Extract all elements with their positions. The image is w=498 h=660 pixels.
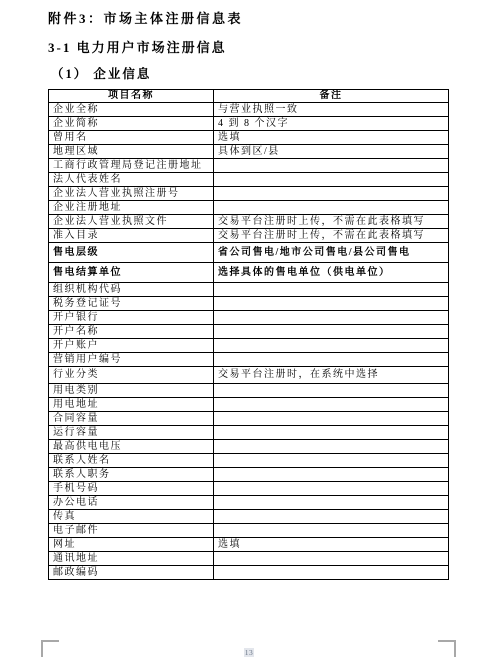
table-row: 税务登记证号	[49, 297, 449, 311]
remark-cell	[214, 398, 449, 412]
item-name-cell: 开户账户	[49, 339, 214, 353]
remark-cell	[214, 468, 449, 482]
remark-cell	[214, 482, 449, 496]
table-row: 企业法人营业执照文件交易平台注册时上传，不需在此表格填写	[49, 215, 449, 229]
remark-cell	[214, 566, 449, 580]
item-name-cell: 税务登记证号	[49, 297, 214, 311]
remark-cell: 交易平台注册时上传，不需在此表格填写	[214, 229, 449, 243]
remark-cell	[214, 552, 449, 566]
registration-info-table: 项目名称 备注 企业全称与营业执照一致企业简称4 到 8 个汉字曾用名选填地理区…	[48, 89, 449, 580]
remark-cell	[214, 297, 449, 311]
remark-cell	[214, 426, 449, 440]
item-name-cell: 最高供电电压	[49, 440, 214, 454]
remark-cell	[214, 283, 449, 297]
table-row: 联系人姓名	[49, 454, 449, 468]
item-name-cell: 开户名称	[49, 325, 214, 339]
remark-cell	[214, 496, 449, 510]
document-page: 附件3：市场主体注册信息表 3-1 电力用户市场注册信息 （1） 企业信息 项目…	[0, 0, 498, 660]
table-row: 企业简称4 到 8 个汉字	[49, 117, 449, 131]
table-row: 售电结算单位选择具体的售电单位（供电单位）	[49, 263, 449, 283]
item-name-cell: 用电类别	[49, 384, 214, 398]
remark-cell	[214, 325, 449, 339]
item-name-cell: 工商行政管理局登记注册地址	[49, 159, 214, 173]
item-name-header: 项目名称	[49, 90, 214, 103]
table-row: 曾用名选填	[49, 131, 449, 145]
remark-cell	[214, 159, 449, 173]
item-name-cell: 开户银行	[49, 311, 214, 325]
table-row: 合同容量	[49, 412, 449, 426]
item-name-cell: 法人代表姓名	[49, 173, 214, 187]
table-row: 组织机构代码	[49, 283, 449, 297]
remark-cell	[214, 353, 449, 367]
item-name-cell: 企业法人营业执照文件	[49, 215, 214, 229]
remark-cell	[214, 454, 449, 468]
table-row: 企业全称与营业执照一致	[49, 103, 449, 117]
remark-cell	[214, 384, 449, 398]
table-row: 联系人职务	[49, 468, 449, 482]
item-name-cell: 网址	[49, 538, 214, 552]
item-name-cell: 售电结算单位	[49, 263, 214, 283]
document-subtitle: 3-1 电力用户市场注册信息	[48, 37, 227, 56]
remark-cell	[214, 311, 449, 325]
remark-cell: 交易平台注册时，在系统中选择	[214, 367, 449, 384]
table-row: 手机号码	[49, 482, 449, 496]
footer: 13	[0, 642, 498, 660]
item-name-cell: 企业注册地址	[49, 201, 214, 215]
table-row: 地理区域具体到区/县	[49, 145, 449, 159]
item-name-cell: 售电层级	[49, 243, 214, 263]
remark-cell: 选择具体的售电单位（供电单位）	[214, 263, 449, 283]
table-row: 通讯地址	[49, 552, 449, 566]
table-row: 企业注册地址	[49, 201, 449, 215]
remark-cell: 省公司售电/地市公司售电/县公司售电	[214, 243, 449, 263]
item-name-cell: 通讯地址	[49, 552, 214, 566]
item-name-cell: 地理区域	[49, 145, 214, 159]
item-name-cell: 手机号码	[49, 482, 214, 496]
item-name-cell: 联系人姓名	[49, 454, 214, 468]
item-name-cell: 企业简称	[49, 117, 214, 131]
item-name-cell: 办公电话	[49, 496, 214, 510]
remark-cell	[214, 510, 449, 524]
remark-cell: 交易平台注册时上传，不需在此表格填写	[214, 215, 449, 229]
document-title: 附件3：市场主体注册信息表	[48, 8, 243, 27]
table-row: 办公电话	[49, 496, 449, 510]
table-header-row: 项目名称 备注	[49, 90, 449, 103]
table-row: 售电层级省公司售电/地市公司售电/县公司售电	[49, 243, 449, 263]
table-row: 开户银行	[49, 311, 449, 325]
remark-cell	[214, 187, 449, 201]
remark-cell	[214, 524, 449, 538]
remark-cell: 具体到区/县	[214, 145, 449, 159]
item-name-cell: 邮政编码	[49, 566, 214, 580]
item-name-cell: 曾用名	[49, 131, 214, 145]
table-row: 传真	[49, 510, 449, 524]
item-name-cell: 电子邮件	[49, 524, 214, 538]
item-name-cell: 用电地址	[49, 398, 214, 412]
item-name-cell: 企业全称	[49, 103, 214, 117]
table-row: 运行容量	[49, 426, 449, 440]
remark-cell: 选填	[214, 131, 449, 145]
item-name-cell: 组织机构代码	[49, 283, 214, 297]
item-name-cell: 运行容量	[49, 426, 214, 440]
item-name-cell: 行业分类	[49, 367, 214, 384]
table-row: 最高供电电压	[49, 440, 449, 454]
table-row: 邮政编码	[49, 566, 449, 580]
remark-cell: 与营业执照一致	[214, 103, 449, 117]
remark-cell: 选填	[214, 538, 449, 552]
item-name-cell: 联系人职务	[49, 468, 214, 482]
item-name-cell: 营销用户编号	[49, 353, 214, 367]
info-table-body: 企业全称与营业执照一致企业简称4 到 8 个汉字曾用名选填地理区域具体到区/县工…	[49, 103, 449, 580]
table-row: 行业分类交易平台注册时，在系统中选择	[49, 367, 449, 384]
remark-cell	[214, 440, 449, 454]
table-row: 开户名称	[49, 325, 449, 339]
table-row: 准入目录交易平台注册时上传，不需在此表格填写	[49, 229, 449, 243]
remark-cell	[214, 201, 449, 215]
table-row: 工商行政管理局登记注册地址	[49, 159, 449, 173]
item-name-cell: 合同容量	[49, 412, 214, 426]
page-number: 13	[244, 648, 255, 657]
table-row: 用电地址	[49, 398, 449, 412]
remark-cell	[214, 173, 449, 187]
table-row: 营销用户编号	[49, 353, 449, 367]
table-row: 企业法人营业执照注册号	[49, 187, 449, 201]
table-row: 开户账户	[49, 339, 449, 353]
remark-header: 备注	[214, 90, 449, 103]
item-name-cell: 企业法人营业执照注册号	[49, 187, 214, 201]
section-heading: （1） 企业信息	[51, 64, 151, 82]
table-row: 法人代表姓名	[49, 173, 449, 187]
table-row: 电子邮件	[49, 524, 449, 538]
remark-cell: 4 到 8 个汉字	[214, 117, 449, 131]
remark-cell	[214, 339, 449, 353]
item-name-cell: 传真	[49, 510, 214, 524]
remark-cell	[214, 412, 449, 426]
table-row: 用电类别	[49, 384, 449, 398]
table-row: 网址选填	[49, 538, 449, 552]
item-name-cell: 准入目录	[49, 229, 214, 243]
